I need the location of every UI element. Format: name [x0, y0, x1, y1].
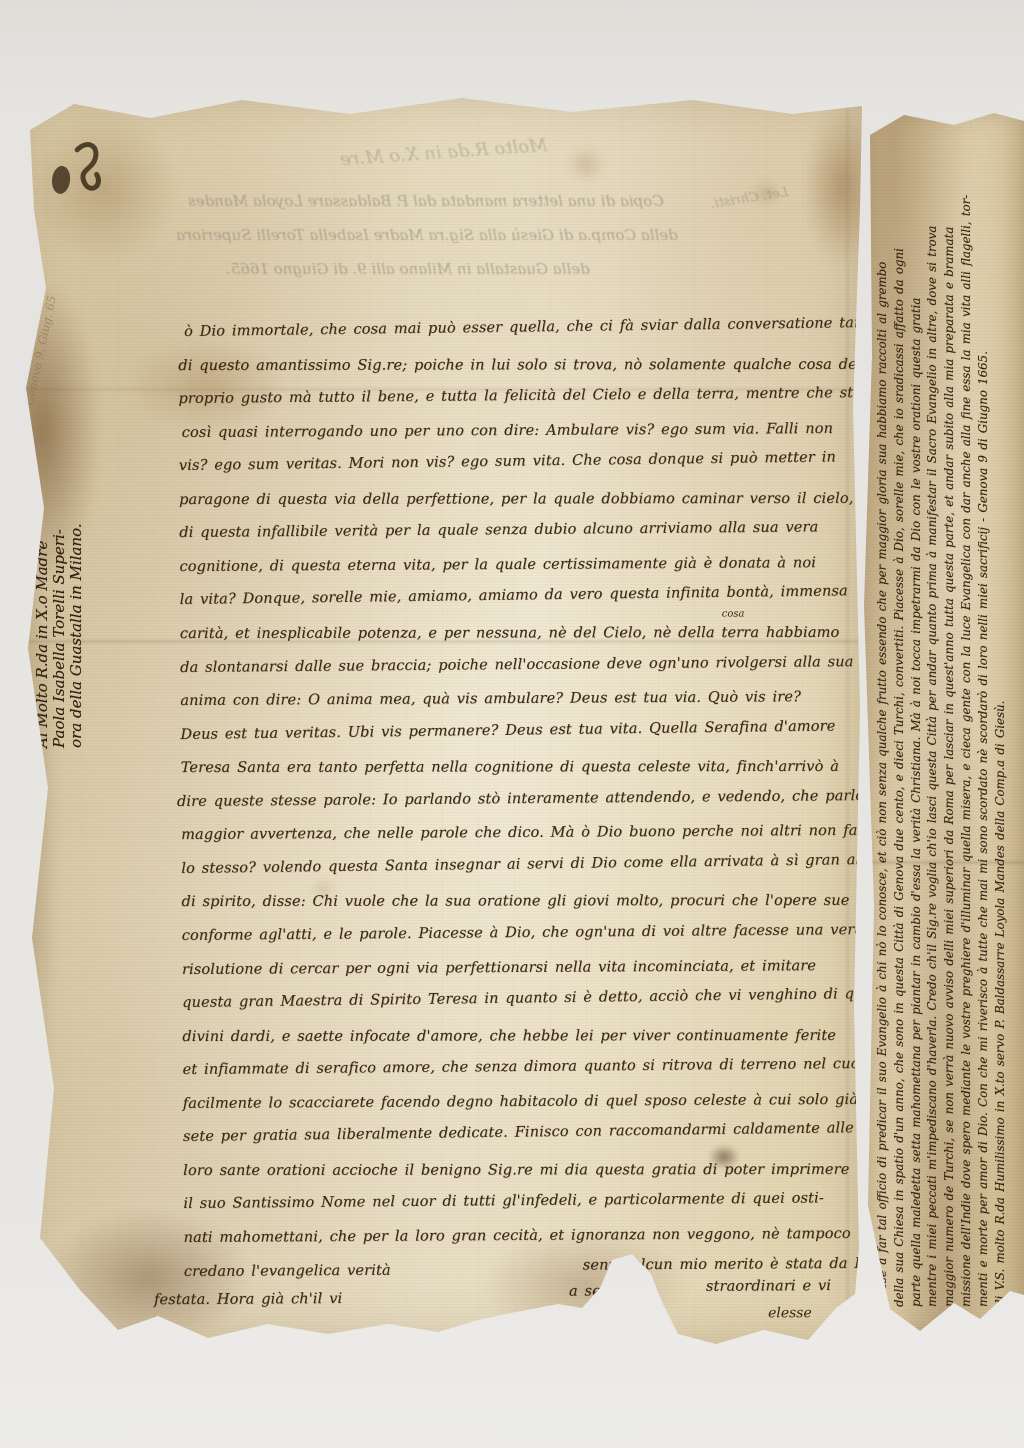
letter-line: lo stesso? volendo questa Santa insegnar… [181, 852, 899, 878]
margin-line: maggior numero de Turchi, se non verrà n… [941, 122, 958, 1307]
margin-line: di V.S. molto R.da Humilissimo in X.to s… [992, 122, 1009, 1307]
address-line: ora della Guastalla in Milano. [68, 404, 85, 748]
torn-line-fragment: senza alcun mio merito è stata da Dio ma… [583, 1255, 929, 1274]
letter-line: questa gran Maestra di Spirito Teresa in… [182, 986, 877, 1012]
showthrough-side-note: Let. Christi. [709, 186, 789, 211]
fox-spot-1 [566, 146, 606, 182]
letter-line: da slontanarsi dalle sue braccia; poiche… [180, 654, 854, 677]
margin-line: della sua Chiesa in spatio d'un anno, ch… [891, 122, 908, 1307]
torn-line-fragment: straordinari e vi [706, 1278, 831, 1295]
letter-line: ò Dio immortale, che cosa mai può esser … [184, 314, 953, 341]
letter-body: ò Dio immortale, che cosa mai può esser … [178, 320, 876, 1354]
letter-line: la vita? Donque, sorelle mie, amiamo, am… [180, 583, 848, 608]
letter-line: così quasi interrogando uno per uno con … [182, 421, 833, 442]
letter-line: vis? ego sum veritas. Mori non vis? ego … [179, 449, 836, 474]
torn-line-fragment: festata. Hora già ch'il vi [154, 1291, 342, 1309]
letter-line: di questo amantissimo Sig.re; poiche in … [178, 357, 916, 375]
letter-line: divini dardi, e saette infocate d'amore,… [182, 1028, 836, 1046]
margin-line: mentre i miei peccati m'impediscano d'ha… [924, 122, 941, 1307]
corner-ink-mark [41, 130, 117, 215]
letter-line: il suo Santissimo Nome nel cuor di tutti… [183, 1190, 824, 1212]
address-line: Al Molto R.da in X.o Madre [34, 404, 51, 748]
margin-line: missione dell'Indie dove spero mediante … [958, 122, 975, 1307]
right-margin-strip: elesse à far tal officio di predicar il … [862, 105, 1024, 1340]
letter-line: Teresa Santa era tanto perfetta nella co… [181, 759, 839, 777]
margin-line: elesse à far tal officio di predicar il … [874, 122, 891, 1307]
stain-top-right [802, 106, 882, 266]
letter-line: anima con dire: O anima mea, quà vis amb… [180, 689, 801, 709]
letter-line: proprio gusto mà tutto il bene, e tutta … [178, 385, 862, 408]
showthrough-line: della Guastalla in Milano alli 9. di Giu… [226, 262, 590, 277]
letter-line: et infiammate di serafico amore, che sen… [182, 1056, 866, 1079]
letter-line: carità, et inesplicabile potenza, e per … [180, 625, 840, 643]
manuscript-sheet: Molto R.da in X.o M.re Copia di una lett… [10, 88, 868, 1350]
letter-line: conforme agl'atti, e le parole. Piacesse… [182, 922, 864, 945]
showthrough-line: della Comp.a di Giesù alla Sig.ra Madre … [176, 228, 678, 243]
archival-date-note: Genova 9. Giug. 65 [24, 247, 69, 406]
scanned-letter-page: Molto R.da in X.o M.re Copia di una lett… [0, 0, 1024, 1448]
margin-line: parte quella maledetta setta mahomettana… [908, 122, 925, 1307]
letter-line: nati mahomettani, che per la loro gran c… [184, 1226, 851, 1247]
letter-line: loro sante orationi accioche il benigno … [183, 1162, 849, 1180]
letter-line: dire queste stesse parole: Io parlando s… [177, 787, 963, 811]
address-line: Paola Isabella Torelli Superi- [51, 404, 68, 748]
letter-line: di spirito, disse: Chi vuole che la sua … [182, 893, 896, 911]
showthrough-line: Copia di una lettera mandata dal P. Bald… [188, 194, 664, 209]
letter-line: cognitione, di questa eterna vita, per l… [179, 555, 816, 576]
torn-line-fragment: a se [569, 1283, 601, 1300]
catchword: elesse [768, 1306, 812, 1320]
margin-line: menti e morte per amor di Dio. Con che m… [975, 122, 992, 1307]
letter-line: Deus est tua veritas. Ubi vis permanere?… [180, 718, 835, 743]
address-block: Al Molto R.da in X.o Madre Paola Isabell… [34, 404, 85, 748]
letter-line: risolutione di cercar per ogni via perfe… [182, 958, 816, 979]
interline-insertion: cosa [722, 610, 745, 620]
letter-line: paragone di questa via della perfettione… [179, 491, 853, 509]
letter-line: facilmente lo scacciarete facendo degno … [183, 1092, 878, 1113]
showthrough-salutation: Molto R.da in X.o M.re [340, 137, 548, 169]
margin-postscript: elesse à far tal officio di predicar il … [874, 122, 1008, 1307]
letter-line: sete per gratia sua liberalmente dedicat… [183, 1120, 854, 1145]
letter-line: maggior avvertenza, che nelle parole che… [181, 823, 910, 844]
letter-line: di questa infallibile verità per la qual… [179, 519, 818, 541]
torn-line-fragment: credano l'evangelica verità [184, 1263, 391, 1281]
